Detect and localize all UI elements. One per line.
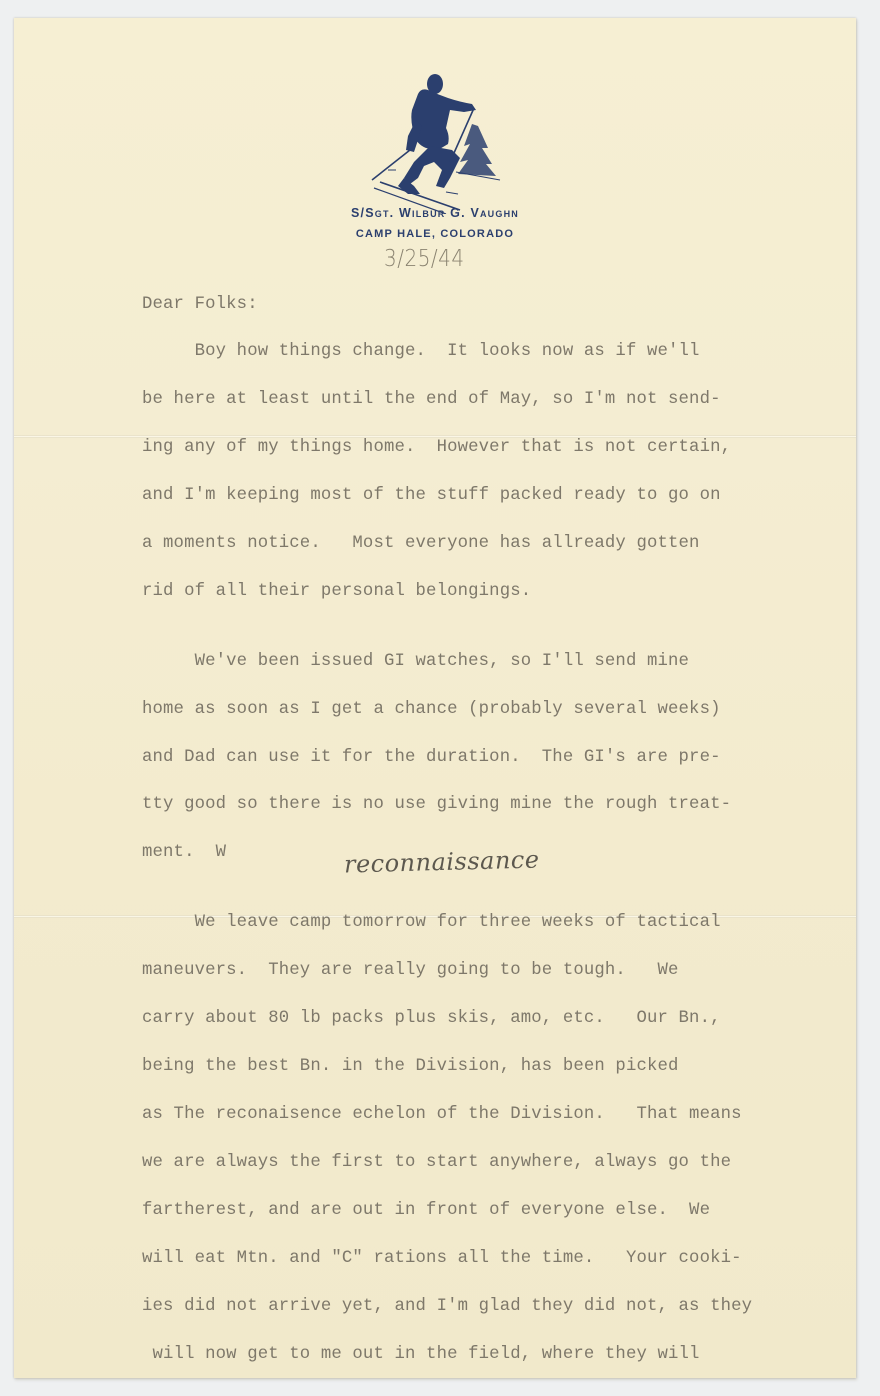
letter-line: ing any of my things home. However that … (142, 438, 731, 457)
letter-line: We leave camp tomorrow for three weeks o… (142, 913, 721, 932)
letter-line: be here at least until the end of May, s… (142, 390, 721, 409)
letter-line: and Dad can use it for the duration. The… (142, 748, 721, 767)
letter-line: and I'm keeping most of the stuff packed… (142, 486, 721, 505)
letter-line: ment. W (142, 843, 226, 862)
letter-line: as The reconaisence echelon of the Divis… (142, 1105, 742, 1124)
salutation: Dear Folks: (142, 295, 258, 314)
letter-line: Boy how things change. It looks now as i… (142, 342, 700, 361)
letter-line: ies did not arrive yet, and I'm glad the… (142, 1297, 752, 1316)
letter-line: we are always the first to start anywher… (142, 1153, 731, 1172)
letter-line: will eat Mtn. and "C" rations all the ti… (142, 1249, 742, 1268)
letterhead-sender-name: S/Sgt. Wilbur G. Vaughn (14, 206, 856, 220)
letter-line: being the best Bn. in the Division, has … (142, 1057, 679, 1076)
handwritten-date: 3/25/44 (384, 244, 465, 272)
letter-line: a moments notice. Most everyone has allr… (142, 534, 700, 553)
letter-line: maneuvers. They are really going to be t… (142, 961, 679, 980)
handwritten-correction: reconnaissance (344, 845, 540, 878)
letter-line: rid of all their personal belongings. (142, 582, 531, 601)
letter-line: tty good so there is no use giving mine … (142, 795, 731, 814)
letter-line: fartherest, and are out in front of ever… (142, 1201, 710, 1220)
letterhead-address: CAMP HALE, COLORADO (14, 228, 856, 240)
skier-with-pine-tree-icon (360, 54, 510, 214)
letter-line: will now get to me out in the field, whe… (142, 1345, 700, 1364)
letter-page: S/Sgt. Wilbur G. Vaughn CAMP HALE, COLOR… (14, 18, 856, 1378)
letter-line: We've been issued GI watches, so I'll se… (142, 652, 689, 671)
letter-line: home as soon as I get a chance (probably… (142, 700, 721, 719)
letter-line: carry about 80 lb packs plus skis, amo, … (142, 1009, 721, 1028)
